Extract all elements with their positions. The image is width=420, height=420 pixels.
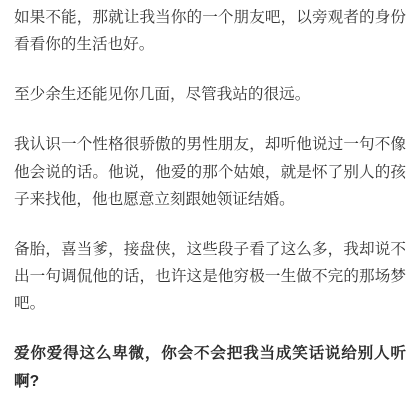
- paragraph-proud-friend-story: 我认识一个性格很骄傲的男性朋友，却听他说过一句不像他会说的话。他说，他爱的那个姑…: [14, 131, 406, 213]
- article-body: 如果不能，那就让我当你的一个朋友吧，以旁观者的身份看看你的生活也好。 至少余生还…: [14, 4, 406, 395]
- paragraph-bold-question: 爱你爱得这么卑微，你会不会把我当成笑话说给别人听啊?: [14, 340, 406, 395]
- paragraph-see-you: 至少余生还能见你几面，尽管我站的很远。: [14, 81, 406, 108]
- paragraph-friend-request: 如果不能，那就让我当你的一个朋友吧，以旁观者的身份看看你的生活也好。: [14, 4, 406, 59]
- paragraph-jokes-reflection: 备胎，喜当爹，接盘侠，这些段子看了这么多，我却说不出一句调侃他的话，也许这是他穷…: [14, 236, 406, 318]
- article-page: 如果不能，那就让我当你的一个朋友吧，以旁观者的身份看看你的生活也好。 至少余生还…: [0, 0, 420, 420]
